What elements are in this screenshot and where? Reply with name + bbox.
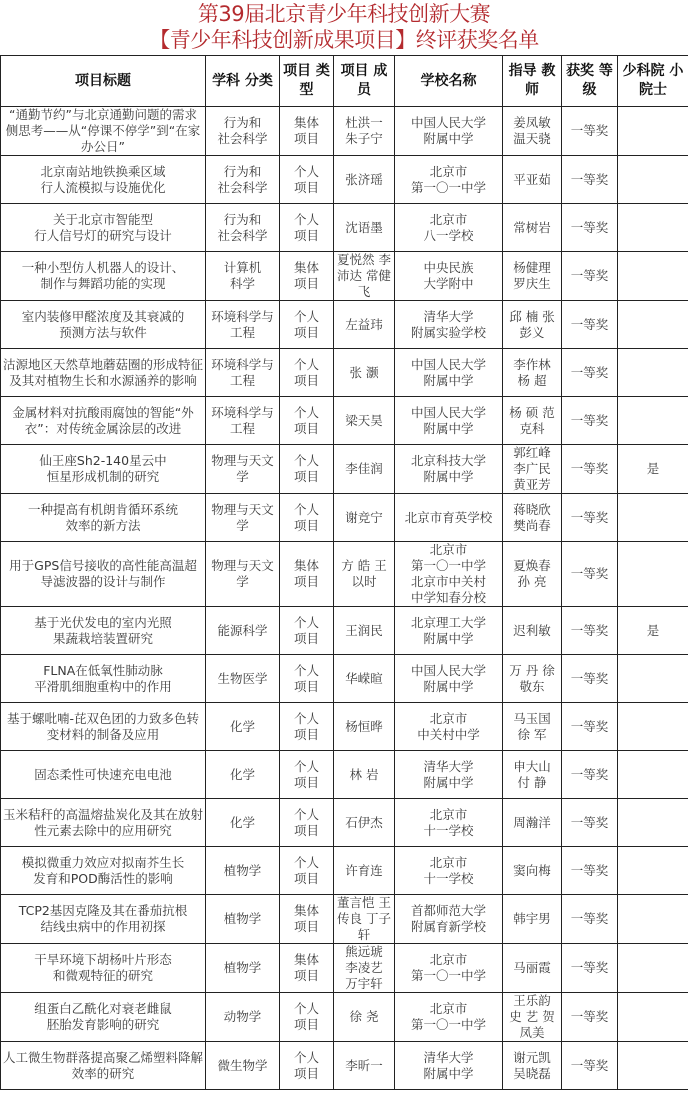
cell-award: 一等奖 xyxy=(562,993,618,1042)
cell-teacher: 杨 硕 范克科 xyxy=(503,397,562,445)
cell-members: 李昕一 xyxy=(334,1042,395,1090)
cell-type: 个人 项目 xyxy=(280,607,334,655)
cell-school: 北京市 第一〇一中学 xyxy=(395,944,503,993)
cell-academician xyxy=(618,156,688,204)
table-row: 基于光伏发电的室内光照 果蔬栽培装置研究能源科学个人 项目王润民北京理工大学 附… xyxy=(1,607,688,655)
page-title: 第39届北京青少年科技创新大赛 xyxy=(0,0,688,27)
cell-type: 个人 项目 xyxy=(280,494,334,542)
cell-subject: 微生物学 xyxy=(206,1042,280,1090)
cell-school: 首都师范大学 附属育新学校 xyxy=(395,895,503,944)
table-row: 玉米秸秆的高温熔盐炭化及其在放射性元素去除中的应用研究化学个人 项目石伊杰北京市… xyxy=(1,799,688,847)
cell-title: 人工微生物群落提高聚乙烯塑料降解效率的研究 xyxy=(1,1042,206,1090)
cell-academician xyxy=(618,895,688,944)
cell-members: 李佳润 xyxy=(334,445,395,494)
cell-title: 金属材料对抗酸雨腐蚀的智能“外衣”：对传统金属涂层的改进 xyxy=(1,397,206,445)
column-header-title: 项目标题 xyxy=(1,56,206,107)
cell-award: 一等奖 xyxy=(562,607,618,655)
cell-title: 关于北京市智能型 行人信号灯的研究与设计 xyxy=(1,204,206,252)
cell-teacher: 申大山 付 静 xyxy=(503,751,562,799)
cell-school: 北京市 十一学校 xyxy=(395,847,503,895)
cell-award: 一等奖 xyxy=(562,204,618,252)
cell-members: 杜洪一 朱子宁 xyxy=(334,107,395,156)
cell-teacher: 韩宇男 xyxy=(503,895,562,944)
cell-subject: 环境科学与 工程 xyxy=(206,301,280,349)
cell-award: 一等奖 xyxy=(562,944,618,993)
cell-members: 董言恺 王传良 丁子轩 xyxy=(334,895,395,944)
cell-teacher: 万 丹 徐敬东 xyxy=(503,655,562,703)
cell-teacher: 王乐韵 史 艺 贺凤美 xyxy=(503,993,562,1042)
cell-teacher: 马玉国 徐 军 xyxy=(503,703,562,751)
cell-subject: 物理与天文 学 xyxy=(206,445,280,494)
column-header-award: 获奖 等级 xyxy=(562,56,618,107)
cell-teacher: 夏焕春 孙 亮 xyxy=(503,542,562,607)
cell-school: 北京市育英学校 xyxy=(395,494,503,542)
cell-teacher: 蒋晓欣 樊尚春 xyxy=(503,494,562,542)
cell-members: 杨恒晔 xyxy=(334,703,395,751)
cell-school: 中国人民大学 附属中学 xyxy=(395,107,503,156)
cell-school: 北京市 八一学校 xyxy=(395,204,503,252)
table-row: 北京南站地铁换乘区域 行人流模拟与设施优化行为和 社会科学个人 项目张济瑶北京市… xyxy=(1,156,688,204)
cell-type: 个人 项目 xyxy=(280,397,334,445)
cell-type: 集体 项目 xyxy=(280,107,334,156)
cell-title: 玉米秸秆的高温熔盐炭化及其在放射性元素去除中的应用研究 xyxy=(1,799,206,847)
cell-award: 一等奖 xyxy=(562,799,618,847)
cell-title: 基于螺吡喃-芘双色团的力致多色转变材料的制备及应用 xyxy=(1,703,206,751)
cell-title: FLNA在低氧性肺动脉 平滑肌细胞重构中的作用 xyxy=(1,655,206,703)
cell-type: 个人 项目 xyxy=(280,349,334,397)
cell-teacher: 李作林 杨 超 xyxy=(503,349,562,397)
table-row: 模拟微重力效应对拟南芥生长 发育和POD酶活性的影响植物学个人 项目许育连北京市… xyxy=(1,847,688,895)
table-row: 一种小型仿人机器人的设计、 制作与舞蹈功能的实现计算机 科学集体 项目夏悦然 李… xyxy=(1,252,688,301)
cell-school: 北京市 第一〇一中学 北京市中关村 中学知春分校 xyxy=(395,542,503,607)
cell-subject: 化学 xyxy=(206,703,280,751)
cell-academician: 是 xyxy=(618,445,688,494)
cell-school: 清华大学 附属实验学校 xyxy=(395,301,503,349)
cell-teacher: 周瀚洋 xyxy=(503,799,562,847)
cell-award: 一等奖 xyxy=(562,252,618,301)
cell-academician xyxy=(618,847,688,895)
cell-subject: 生物医学 xyxy=(206,655,280,703)
cell-teacher: 郭红峰 李广民 黄亚芳 xyxy=(503,445,562,494)
cell-teacher: 谢元凯 吴晓磊 xyxy=(503,1042,562,1090)
award-table: 项目标题 学科 分类 项目 类型 项目 成员 学校名称 指导 教师 获奖 等级 … xyxy=(0,55,688,1090)
cell-members: 梁天昊 xyxy=(334,397,395,445)
table-row: 用于GPS信号接收的高性能高温超导滤波器的设计与制作物理与天文 学集体 项目方 … xyxy=(1,542,688,607)
cell-members: 徐 尧 xyxy=(334,993,395,1042)
cell-school: 北京市 中关村中学 xyxy=(395,703,503,751)
cell-title: 组蛋白乙酰化对衰老雌鼠 胚胎发育影响的研究 xyxy=(1,993,206,1042)
cell-academician xyxy=(618,204,688,252)
cell-award: 一等奖 xyxy=(562,542,618,607)
cell-subject: 植物学 xyxy=(206,847,280,895)
table-row: 金属材料对抗酸雨腐蚀的智能“外衣”：对传统金属涂层的改进环境科学与 工程个人 项… xyxy=(1,397,688,445)
cell-subject: 物理与天文 学 xyxy=(206,542,280,607)
cell-subject: 环境科学与 工程 xyxy=(206,349,280,397)
cell-school: 北京市 第一〇一中学 xyxy=(395,993,503,1042)
cell-members: 张 灏 xyxy=(334,349,395,397)
cell-type: 集体 项目 xyxy=(280,895,334,944)
cell-award: 一等奖 xyxy=(562,895,618,944)
cell-teacher: 迟利敏 xyxy=(503,607,562,655)
cell-subject: 物理与天文 学 xyxy=(206,494,280,542)
cell-members: 沈语墨 xyxy=(334,204,395,252)
cell-academician: 是 xyxy=(618,607,688,655)
cell-type: 个人 项目 xyxy=(280,204,334,252)
cell-title: 模拟微重力效应对拟南芥生长 发育和POD酶活性的影响 xyxy=(1,847,206,895)
cell-award: 一等奖 xyxy=(562,301,618,349)
table-row: TCP2基因克隆及其在番茄抗根 结线虫病中的作用初探植物学集体 项目董言恺 王传… xyxy=(1,895,688,944)
cell-type: 个人 项目 xyxy=(280,799,334,847)
cell-subject: 植物学 xyxy=(206,895,280,944)
table-row: 室内装修甲醛浓度及其衰减的 预测方法与软件环境科学与 工程个人 项目左益玮清华大… xyxy=(1,301,688,349)
cell-academician xyxy=(618,655,688,703)
cell-type: 个人 项目 xyxy=(280,1042,334,1090)
cell-title: 干旱环境下胡杨叶片形态 和微观特征的研究 xyxy=(1,944,206,993)
cell-subject: 行为和 社会科学 xyxy=(206,107,280,156)
cell-title: 沽源地区天然草地蘑菇圈的形成特征及其对植物生长和水源涵养的影响 xyxy=(1,349,206,397)
cell-members: 夏悦然 李沛达 常健飞 xyxy=(334,252,395,301)
cell-school: 中央民族 大学附中 xyxy=(395,252,503,301)
cell-subject: 能源科学 xyxy=(206,607,280,655)
cell-award: 一等奖 xyxy=(562,397,618,445)
cell-academician xyxy=(618,494,688,542)
table-row: “通勤节约”与北京通勤问题的需求侧思考——从“停课不停学”到“在家办公日”行为和… xyxy=(1,107,688,156)
cell-school: 北京理工大学 附属中学 xyxy=(395,607,503,655)
cell-title: 一种小型仿人机器人的设计、 制作与舞蹈功能的实现 xyxy=(1,252,206,301)
cell-subject: 化学 xyxy=(206,799,280,847)
cell-subject: 计算机 科学 xyxy=(206,252,280,301)
column-header-school: 学校名称 xyxy=(395,56,503,107)
cell-school: 清华大学 附属中学 xyxy=(395,1042,503,1090)
cell-members: 左益玮 xyxy=(334,301,395,349)
column-header-teacher: 指导 教师 xyxy=(503,56,562,107)
column-header-subject: 学科 分类 xyxy=(206,56,280,107)
table-row: 沽源地区天然草地蘑菇圈的形成特征及其对植物生长和水源涵养的影响环境科学与 工程个… xyxy=(1,349,688,397)
cell-award: 一等奖 xyxy=(562,494,618,542)
cell-title: 北京南站地铁换乘区域 行人流模拟与设施优化 xyxy=(1,156,206,204)
cell-subject: 动物学 xyxy=(206,993,280,1042)
cell-teacher: 姜凤敏 温天骁 xyxy=(503,107,562,156)
table-row: 固态柔性可快速充电电池化学个人 项目林 岩清华大学 附属中学申大山 付 静一等奖 xyxy=(1,751,688,799)
cell-school: 北京市 十一学校 xyxy=(395,799,503,847)
cell-type: 集体 项目 xyxy=(280,542,334,607)
cell-title: 仙王座Sh2-140星云中 恒星形成机制的研究 xyxy=(1,445,206,494)
cell-academician xyxy=(618,397,688,445)
cell-teacher: 马丽霞 xyxy=(503,944,562,993)
cell-academician xyxy=(618,993,688,1042)
column-header-academician: 少科院 小院士 xyxy=(618,56,688,107)
cell-members: 华嵘暄 xyxy=(334,655,395,703)
cell-award: 一等奖 xyxy=(562,349,618,397)
cell-academician xyxy=(618,944,688,993)
cell-teacher: 杨健理 罗庆生 xyxy=(503,252,562,301)
cell-subject: 行为和 社会科学 xyxy=(206,156,280,204)
cell-award: 一等奖 xyxy=(562,107,618,156)
table-row: 干旱环境下胡杨叶片形态 和微观特征的研究植物学集体 项目熊远琥 李凌艺 万宇轩北… xyxy=(1,944,688,993)
cell-members: 林 岩 xyxy=(334,751,395,799)
cell-title: 用于GPS信号接收的高性能高温超导滤波器的设计与制作 xyxy=(1,542,206,607)
table-row: 仙王座Sh2-140星云中 恒星形成机制的研究物理与天文 学个人 项目李佳润北京… xyxy=(1,445,688,494)
cell-type: 个人 项目 xyxy=(280,847,334,895)
cell-members: 张济瑶 xyxy=(334,156,395,204)
column-header-members: 项目 成员 xyxy=(334,56,395,107)
cell-type: 个人 项目 xyxy=(280,301,334,349)
cell-subject: 环境科学与 工程 xyxy=(206,397,280,445)
table-header-row: 项目标题 学科 分类 项目 类型 项目 成员 学校名称 指导 教师 获奖 等级 … xyxy=(1,56,688,107)
cell-academician xyxy=(618,703,688,751)
page-subtitle: 【青少年科技创新成果项目】终评获奖名单 xyxy=(0,27,688,53)
cell-academician xyxy=(618,799,688,847)
cell-award: 一等奖 xyxy=(562,847,618,895)
cell-subject: 植物学 xyxy=(206,944,280,993)
cell-academician xyxy=(618,1042,688,1090)
cell-academician xyxy=(618,751,688,799)
cell-type: 集体 项目 xyxy=(280,944,334,993)
cell-award: 一等奖 xyxy=(562,156,618,204)
cell-type: 个人 项目 xyxy=(280,993,334,1042)
table-row: 组蛋白乙酰化对衰老雌鼠 胚胎发育影响的研究动物学个人 项目徐 尧北京市 第一〇一… xyxy=(1,993,688,1042)
cell-award: 一等奖 xyxy=(562,703,618,751)
cell-teacher: 平亚茹 xyxy=(503,156,562,204)
cell-title: 基于光伏发电的室内光照 果蔬栽培装置研究 xyxy=(1,607,206,655)
table-row: 基于螺吡喃-芘双色团的力致多色转变材料的制备及应用化学个人 项目杨恒晔北京市 中… xyxy=(1,703,688,751)
cell-title: “通勤节约”与北京通勤问题的需求侧思考——从“停课不停学”到“在家办公日” xyxy=(1,107,206,156)
cell-title: 一种提高有机朗肯循环系统 效率的新方法 xyxy=(1,494,206,542)
cell-school: 北京科技大学 附属中学 xyxy=(395,445,503,494)
column-header-type: 项目 类型 xyxy=(280,56,334,107)
cell-academician xyxy=(618,542,688,607)
cell-subject: 化学 xyxy=(206,751,280,799)
cell-academician xyxy=(618,107,688,156)
cell-title: TCP2基因克隆及其在番茄抗根 结线虫病中的作用初探 xyxy=(1,895,206,944)
cell-title: 室内装修甲醛浓度及其衰减的 预测方法与软件 xyxy=(1,301,206,349)
cell-type: 个人 项目 xyxy=(280,445,334,494)
cell-award: 一等奖 xyxy=(562,1042,618,1090)
cell-subject: 行为和 社会科学 xyxy=(206,204,280,252)
cell-school: 北京市 第一〇一中学 xyxy=(395,156,503,204)
cell-members: 许育连 xyxy=(334,847,395,895)
cell-members: 石伊杰 xyxy=(334,799,395,847)
cell-type: 个人 项目 xyxy=(280,751,334,799)
table-row: 一种提高有机朗肯循环系统 效率的新方法物理与天文 学个人 项目谢竞宁北京市育英学… xyxy=(1,494,688,542)
cell-school: 中国人民大学 附属中学 xyxy=(395,349,503,397)
cell-members: 熊远琥 李凌艺 万宇轩 xyxy=(334,944,395,993)
cell-school: 清华大学 附属中学 xyxy=(395,751,503,799)
cell-type: 集体 项目 xyxy=(280,252,334,301)
cell-award: 一等奖 xyxy=(562,751,618,799)
cell-school: 中国人民大学 附属中学 xyxy=(395,655,503,703)
cell-award: 一等奖 xyxy=(562,445,618,494)
cell-teacher: 常树岩 xyxy=(503,204,562,252)
cell-type: 个人 项目 xyxy=(280,655,334,703)
table-row: 关于北京市智能型 行人信号灯的研究与设计行为和 社会科学个人 项目沈语墨北京市 … xyxy=(1,204,688,252)
cell-academician xyxy=(618,301,688,349)
cell-academician xyxy=(618,252,688,301)
cell-members: 方 皓 王以时 xyxy=(334,542,395,607)
cell-academician xyxy=(618,349,688,397)
cell-teacher: 窦向梅 xyxy=(503,847,562,895)
cell-members: 谢竞宁 xyxy=(334,494,395,542)
cell-title: 固态柔性可快速充电电池 xyxy=(1,751,206,799)
table-row: 人工微生物群落提高聚乙烯塑料降解效率的研究微生物学个人 项目李昕一清华大学 附属… xyxy=(1,1042,688,1090)
table-row: FLNA在低氧性肺动脉 平滑肌细胞重构中的作用生物医学个人 项目华嵘暄中国人民大… xyxy=(1,655,688,703)
document-header: 第39届北京青少年科技创新大赛 【青少年科技创新成果项目】终评获奖名单 xyxy=(0,0,688,55)
cell-members: 王润民 xyxy=(334,607,395,655)
cell-school: 中国人民大学 附属中学 xyxy=(395,397,503,445)
cell-teacher: 邱 楠 张彭义 xyxy=(503,301,562,349)
cell-type: 个人 项目 xyxy=(280,156,334,204)
cell-award: 一等奖 xyxy=(562,655,618,703)
cell-type: 个人 项目 xyxy=(280,703,334,751)
